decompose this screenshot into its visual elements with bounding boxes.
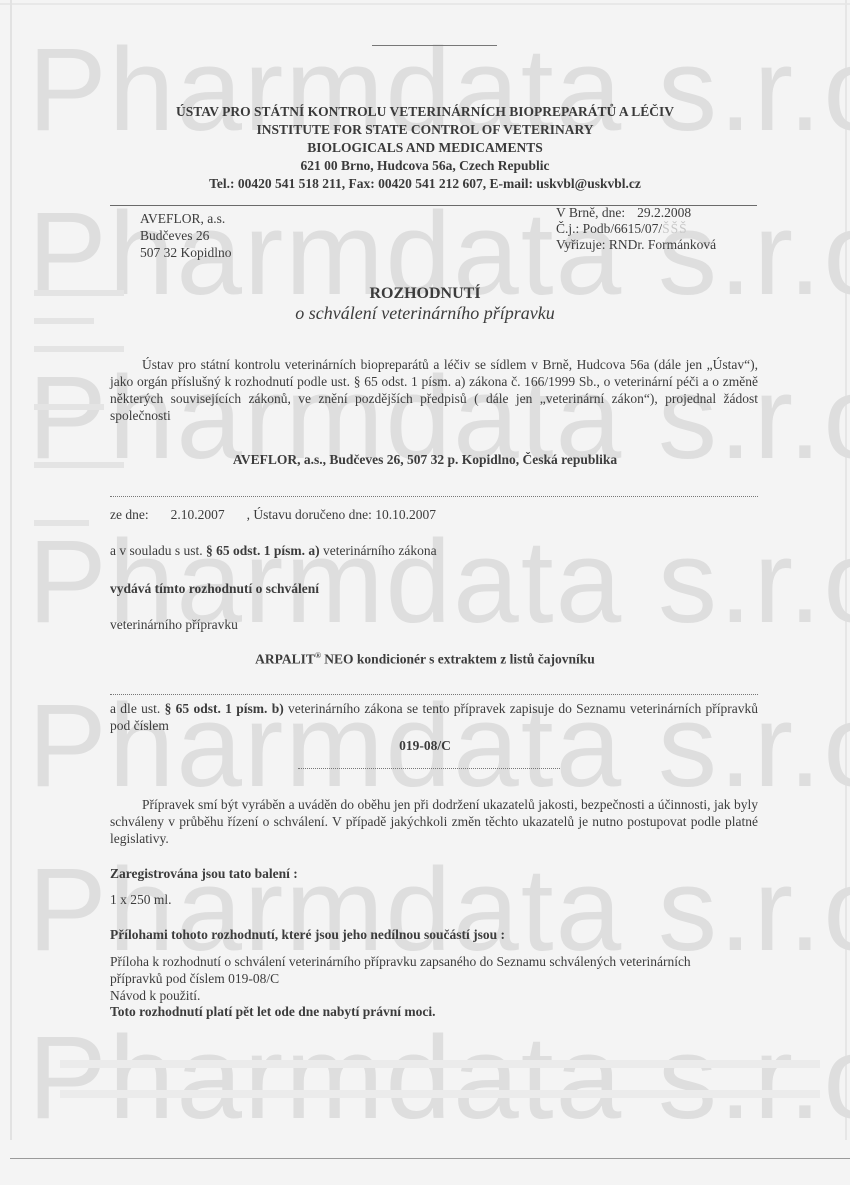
attachments-heading: Přílohami tohoto rozhodnutí, které jsou …: [110, 926, 505, 943]
handwritten-mark: ŠŠŠ: [662, 221, 688, 237]
compliance-line: a v souladu s ust. § 65 odst. 1 písm. a)…: [110, 542, 437, 559]
institution-name-cz: ÚSTAV PRO STÁTNÍ KONTROLU VETERINÁRNÍCH …: [0, 103, 850, 121]
dotted-separator: [110, 694, 758, 695]
institution-name-en-2: BIOLOGICALS AND MEDICAMENTS: [0, 139, 850, 157]
show-through-band: [60, 1060, 820, 1068]
registration-number: 019-08/C: [0, 738, 850, 754]
page-bottom-edge: [10, 1158, 850, 1159]
attachment-item: Příloha k rozhodnutí o schválení veterin…: [110, 953, 710, 987]
scanned-document-page: Pharmdata s.r.o. Pharmdata s.r.o. Pharmd…: [0, 0, 850, 1185]
registration-paragraph: a dle ust. § 65 odst. 1 písm. b) veterin…: [110, 700, 758, 734]
attachment-item: Návod k použití.: [110, 987, 200, 1004]
recipient-name: AVEFLOR, a.s.: [140, 210, 232, 227]
dotted-separator: [110, 496, 758, 497]
show-through-mark: [34, 404, 104, 410]
applicant-line: AVEFLOR, a.s., Budčeves 26, 507 32 p. Ko…: [0, 452, 850, 468]
request-date: 2.10.2007: [171, 507, 225, 522]
request-dates: ze dne:2.10.2007, Ústavu doručeno dne: 1…: [110, 506, 436, 523]
recipient-address: AVEFLOR, a.s. Budčeves 26 507 32 Kopidln…: [140, 210, 232, 261]
validity-statement: Toto rozhodnutí platí pět let ode dne na…: [110, 1003, 436, 1020]
decision-date: 29.2.2008: [637, 205, 691, 220]
intro-paragraph: Ústav pro státní kontrolu veterinárních …: [110, 356, 758, 424]
place-date: V Brně, dne:29.2.2008: [556, 205, 716, 221]
case-number: Č.j.: Podb/6615/07/ŠŠŠ: [556, 221, 716, 237]
institution-name-en-1: INSTITUTE FOR STATE CONTROL OF VETERINAR…: [0, 121, 850, 139]
issues-statement: vydává tímto rozhodnutí o schválení: [110, 580, 319, 597]
top-rule: [372, 45, 497, 46]
handled-by: Vyřizuje: RNDr. Formánková: [556, 237, 716, 253]
page-top-edge: [0, 3, 850, 5]
institution-contacts: Tel.: 00420 541 518 211, Fax: 00420 541 …: [0, 175, 850, 193]
watermark: Pharmdata s.r.o.: [28, 1010, 850, 1146]
institution-address: 621 00 Brno, Hudcova 56a, Czech Republic: [0, 157, 850, 175]
dotted-separator: [298, 768, 560, 769]
recipient-street: Budčeves 26: [140, 227, 232, 244]
received-date: 10.10.2007: [375, 507, 436, 522]
product-type: veterinárního přípravku: [110, 616, 238, 633]
show-through-mark: [34, 346, 124, 352]
show-through-mark: [34, 520, 89, 526]
conditions-paragraph: Přípravek smí být vyráběn a uváděn do ob…: [110, 796, 758, 847]
document-title: ROZHODNUTÍ: [0, 284, 850, 304]
product-name: ARPALIT® NEO kondicionér s extraktem z l…: [0, 651, 850, 668]
institution-header: ÚSTAV PRO STÁTNÍ KONTROLU VETERINÁRNÍCH …: [0, 103, 850, 193]
show-through-band: [60, 1090, 820, 1098]
packaging-item: 1 x 250 ml.: [110, 891, 172, 908]
packaging-heading: Zaregistrována jsou tato balení :: [110, 865, 298, 882]
recipient-city: 507 32 Kopidlno: [140, 244, 232, 261]
document-subtitle: o schválení veterinárního přípravku: [0, 302, 850, 324]
reference-block: V Brně, dne:29.2.2008 Č.j.: Podb/6615/07…: [556, 205, 716, 253]
